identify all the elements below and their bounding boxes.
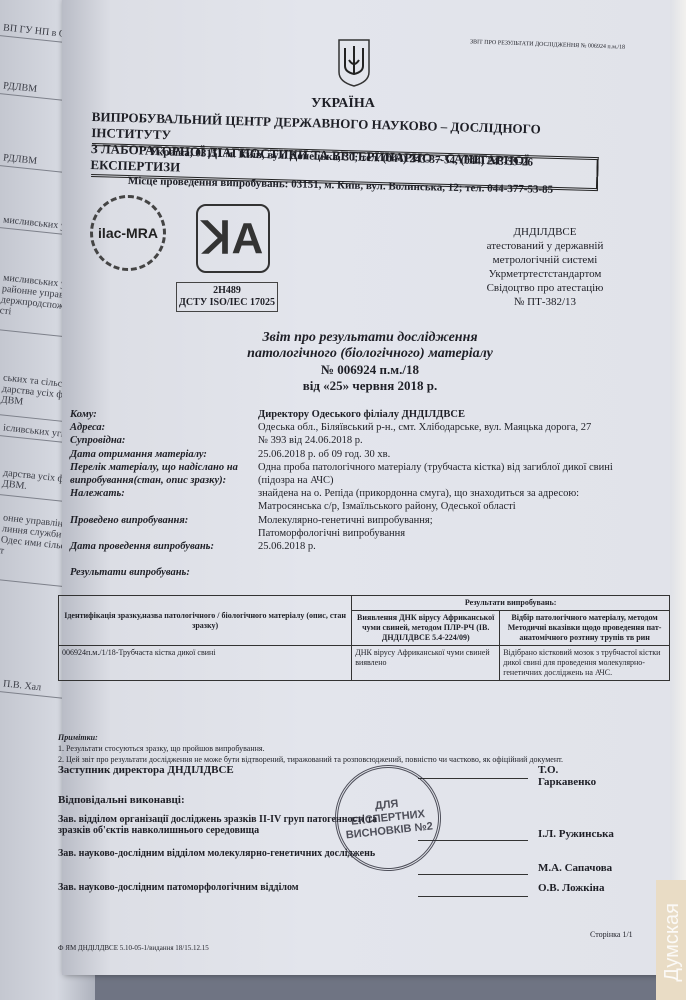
accreditation-box: 2Н489 ДСТУ ISO/IEC 17025 — [176, 282, 278, 312]
notes-heading: Примітки: — [58, 732, 563, 743]
cell-sampling-result: Відібрано кістковий мозок з трубчастої к… — [500, 646, 670, 681]
col-sample-header: Ідентифікація зразку,назва патологічного… — [59, 596, 352, 646]
col-sampling-header: Відбір патологічного матеріалу, методом … — [500, 611, 670, 646]
field-row: Дата отримання матеріалу:25.06.2018 р. о… — [70, 448, 660, 461]
notes: Примітки: 1. Результати стосуються зразк… — [58, 732, 563, 765]
attestation-line: Свідоцтво про атестацію — [465, 281, 625, 295]
accreditation-code: 2Н489 — [177, 285, 277, 297]
form-code: Ф ЯМ ДНДІЛДВСЕ 5.10-05-1/видання 18/15.1… — [58, 944, 209, 952]
attestation-line: атестований у державній — [465, 239, 625, 253]
accreditation-logo-icon: ꓘA — [196, 204, 270, 273]
field-row: Належать:знайдена на о. Репіда (прикордо… — [70, 487, 660, 500]
results-table: Ідентифікація зразку,назва патологічного… — [58, 595, 670, 681]
report-number: № 006924 п.м./18 — [0, 362, 686, 378]
attestation-block: ДНДІЛДВСЕ атестований у державній метрол… — [465, 225, 625, 309]
signature-line — [418, 778, 528, 779]
title-line-1: Звіт про результати дослідження — [0, 330, 686, 346]
cell-dna-result: ДНК вірусу Африканської чуми свиней вияв… — [352, 646, 500, 681]
signature-row-executor: Зав. науково-дослідним відділом молекуля… — [58, 848, 618, 882]
title-line-2: патологічного (біологічного) матеріалу — [0, 346, 686, 362]
cell-sample: 006924п.м./1/18-Трубчаста кістка дикої с… — [59, 646, 352, 681]
attestation-line: ДНДІЛДВСЕ — [465, 225, 625, 239]
field-row: Матросянська с/р, Ізмаїльського району, … — [70, 500, 660, 513]
attestation-line: метрологічній системі — [465, 253, 625, 267]
accreditation-standard: ДСТУ ISO/IEC 17025 — [177, 297, 277, 309]
field-row: Патоморфологічні випробування — [70, 527, 660, 540]
field-row: Супровідна:№ 393 від 24.06.2018 р. — [70, 434, 660, 447]
ilac-mra-logo: ilac-MRA — [90, 195, 166, 271]
field-row: Перелік матеріалу, що надіслано наОдна п… — [70, 461, 660, 474]
executor-name: О.В. Ложкіна — [538, 882, 605, 894]
signature-line — [418, 874, 528, 875]
results-label: Результати випробувань: — [70, 567, 190, 578]
responsible-heading: Відповідальні виконавці: — [58, 794, 185, 806]
attestation-line: Укрметртестстандартом — [465, 267, 625, 281]
watermark: Думская — [661, 903, 684, 982]
field-row: Дата проведення випробувань:25.06.2018 р… — [70, 540, 660, 553]
note-line: 1. Результати стосуються зразку, що прой… — [58, 743, 563, 754]
trident-emblem-icon — [337, 38, 371, 88]
signature-row-deputy: Заступник директора ДНДІЛДВСЕ Т.О. Гарка… — [58, 764, 618, 784]
field-row: Адреса:Одеська обл., Біляївський р-н., с… — [70, 421, 660, 434]
field-row: Проведено випробування:Молекулярно-генет… — [70, 514, 660, 527]
report-title: Звіт про результати дослідження патологі… — [0, 330, 686, 394]
deputy-title: Заступник директора ДНДІЛДВСЕ — [58, 764, 234, 776]
report-date: від «25» червня 2018 р. — [0, 378, 686, 394]
attestation-line: № ПТ-382/13 — [465, 295, 625, 309]
page-stack-edge — [670, 0, 686, 1000]
signature-line — [418, 896, 528, 897]
executor-name: І.Л. Ружинська — [538, 828, 614, 840]
report-fields: Кому:Директору Одеського філіалу ДНДІЛДВ… — [70, 408, 660, 553]
col-dna-header: Виявлення ДНК вірусу Африканської чуми с… — [352, 611, 500, 646]
deputy-name: Т.О. Гаркавенко — [538, 764, 618, 788]
field-row: випробування(стан, опис зразку):(підозра… — [70, 474, 660, 487]
signature-row-executor: Зав. науково-дослідним патоморфологічним… — [58, 882, 618, 908]
table-row: 006924п.м./1/18-Трубчаста кістка дикої с… — [59, 646, 670, 681]
results-group-header: Результати випробувань: — [352, 596, 670, 611]
executor-role: Зав. науково-дослідним патоморфологічним… — [58, 882, 398, 893]
page-number: Сторінка 1/1 — [590, 930, 633, 939]
executor-name: М.А. Сапачова — [538, 862, 612, 874]
field-row: Кому:Директору Одеського філіалу ДНДІЛДВ… — [70, 408, 660, 421]
